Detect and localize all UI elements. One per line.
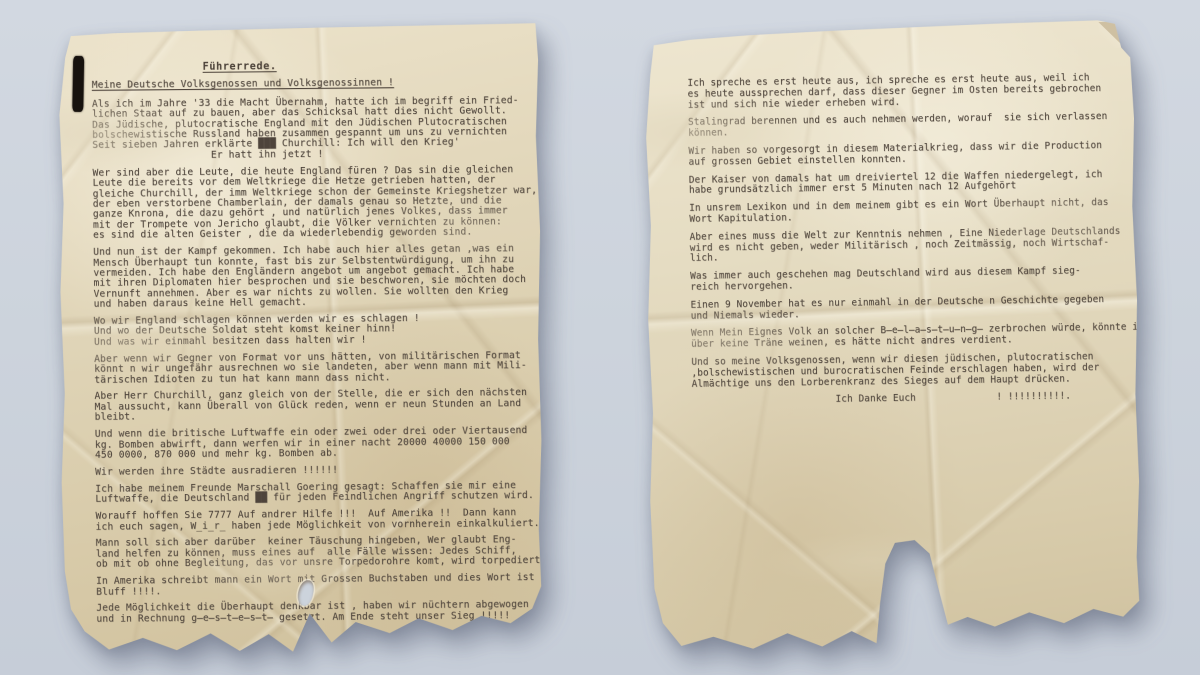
- page-2: Ich spreche es erst heute aus, ich sprec…: [641, 19, 1144, 652]
- typed-paragraph: Der Kaiser von damals hat um dreiviertel…: [689, 169, 1125, 197]
- typed-paragraph: Aber eines muss die Welt zur Kenntnis ne…: [690, 226, 1126, 264]
- typed-paragraph: Aber Herr Churchill, ganz gleich von der…: [94, 388, 534, 423]
- salutation-line: Meine Deutsche Volksgenossen und Volksge…: [92, 77, 532, 91]
- typed-paragraph: Mann soll sich aber darüber keiner Täusc…: [96, 535, 536, 570]
- typed-paragraph: Und nun ist der Kampf gekommen. Ich habe…: [93, 244, 534, 310]
- typed-paragraph: Und so meine Volksgenossen, wenn wir die…: [691, 352, 1127, 390]
- typed-paragraph: Einen 9 November hat es nur einmahl in d…: [690, 294, 1126, 322]
- typed-paragraph: Und wenn die britische Luftwaffe ein ode…: [95, 426, 535, 461]
- page-title: Führerrede.: [203, 60, 532, 73]
- typed-paragraph: Wir haben so vorgesorgt in diesem Materi…: [688, 141, 1124, 169]
- typed-paragraph: In Amerika schreibt mann ein Wort mit Gr…: [96, 573, 536, 598]
- page-1-paper: Führerrede. Meine Deutsche Volksgenossen…: [55, 22, 545, 660]
- page-1: Führerrede. Meine Deutsche Volksgenossen…: [55, 22, 545, 660]
- typed-paragraph: Was immer auch geschehen mag Deutschland…: [690, 266, 1126, 294]
- page-1-text: Führerrede. Meine Deutsche Volksgenossen…: [55, 22, 544, 625]
- typed-paragraph: Stalingrad berennen und es auch nehmen w…: [688, 112, 1124, 140]
- typed-paragraph: Als ich im Jahre '33 die Macht Übernahm,…: [92, 96, 533, 162]
- typed-paragraph: Jede Möglichkeit die Überhaupt denkbar i…: [96, 600, 536, 625]
- page-2-paper: Ich spreche es erst heute aus, ich sprec…: [641, 19, 1144, 652]
- ink-stroke-mark: [72, 56, 84, 112]
- typed-paragraph: Wenn Mein Eignes Volk an solcher B̶e̶l̶a…: [691, 323, 1127, 351]
- typed-paragraph: Ich habe meinem Freunde Marschall Goerin…: [95, 481, 535, 506]
- typed-paragraph: Wir werden ihre Städte ausradieren !!!!!…: [95, 464, 535, 478]
- typed-paragraph: Wo wir England schlagen können werden wi…: [94, 313, 534, 348]
- typed-paragraph: Ich spreche es erst heute aus, ich sprec…: [687, 73, 1123, 111]
- dog-ear-fold: [1099, 22, 1125, 48]
- typed-paragraph: Wer sind aber die Leute, die heute Engla…: [92, 165, 533, 242]
- page-2-text: Ich spreche es erst heute aus, ich sprec…: [641, 19, 1140, 409]
- closing-line: Ich Danke Euch ! !!!!!!!!!!.: [692, 391, 1128, 408]
- typed-paragraph: In unsrem Lexikon und in dem meinem gibt…: [689, 198, 1125, 226]
- document-photo: Führerrede. Meine Deutsche Volksgenossen…: [0, 0, 1200, 675]
- typed-paragraph: Aber wenn wir Gegner von Format vor uns …: [94, 351, 534, 386]
- typed-paragraph: Worauff hoffen Sie 7777 Auf andrer Hilfe…: [95, 508, 535, 533]
